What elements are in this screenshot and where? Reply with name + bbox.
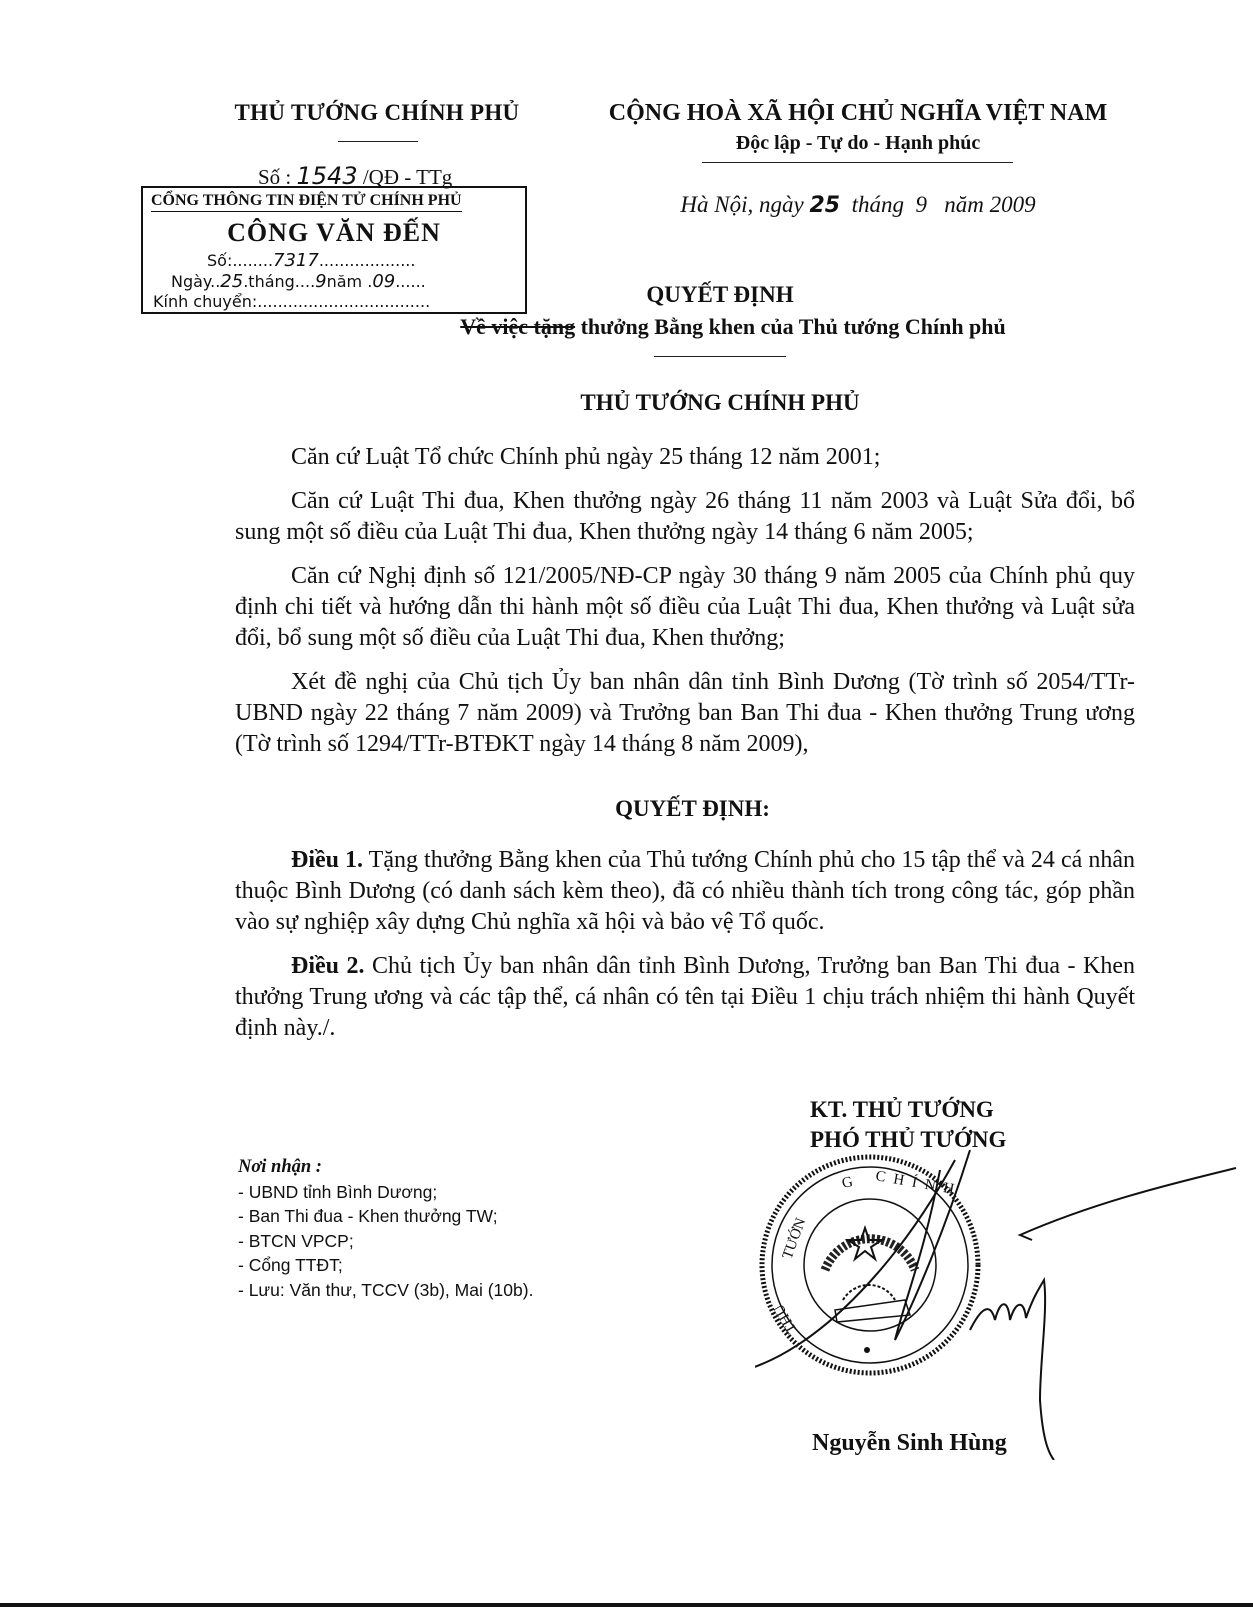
- legal-basis-paragraph: Căn cứ Luật Tổ chức Chính phủ ngày 25 th…: [235, 442, 1135, 473]
- stamp-number-line: Số:........7317...................: [207, 250, 415, 271]
- stamp-year-label: năm .: [327, 272, 373, 291]
- national-motto: Độc lập - Tự do - Hạnh phúc: [583, 132, 1133, 155]
- stamp-title: CÔNG VĂN ĐẾN: [143, 218, 525, 248]
- stamp-month-value: 9: [315, 271, 326, 292]
- decision-subject: Về việc tặng thưởng Bằng khen của Thủ tư…: [403, 314, 1063, 340]
- article-1-label: Điều 1.: [291, 847, 363, 873]
- stamp-forward-line: Kính chuyển:............................…: [153, 292, 430, 311]
- recipient-item: - Lưu: Văn thư, TCCV (3b), Mai (10b).: [238, 1278, 533, 1303]
- signer-name: Nguyễn Sinh Hùng: [812, 1430, 1007, 1457]
- legal-basis-paragraph: Căn cứ Nghị định số 121/2005/NĐ-CP ngày …: [235, 561, 1135, 654]
- recipient-item: - UBND tỉnh Bình Dương;: [238, 1180, 533, 1205]
- date-prefix: Hà Nội, ngày: [680, 192, 809, 217]
- stamp-number-label: Số:........: [207, 251, 273, 270]
- article-1: Điều 1. Tặng thưởng Bằng khen của Thủ tư…: [235, 845, 1135, 938]
- issuing-authority: THỦ TƯỚNG CHÍNH PHỦ: [440, 390, 1000, 416]
- svg-text:CHÍNH: CHÍNH: [874, 1167, 963, 1199]
- svg-text:G: G: [841, 1174, 855, 1192]
- motto-underline: [702, 162, 1013, 163]
- recipients-label: Nơi nhận :: [238, 1155, 533, 1180]
- signature-icon: [960, 1160, 1253, 1460]
- stamp-day-value: 25: [220, 271, 243, 292]
- decision-title: QUYẾT ĐỊNH: [440, 282, 1000, 308]
- country-heading: CỘNG HOÀ XÃ HỘI CHỦ NGHĨA VIỆT NAM: [583, 100, 1133, 127]
- decision-body: Căn cứ Luật Tổ chức Chính phủ ngày 25 th…: [235, 442, 1135, 1057]
- official-seal-icon: G CHÍNH TƯỚN THỦ: [755, 1150, 985, 1380]
- stamp-number-value: 7317: [273, 250, 319, 271]
- stamp-number-dots: ...................: [319, 251, 416, 270]
- stamp-organization: CỔNG THÔNG TIN ĐIỆN TỬ CHÍNH PHỦ: [151, 192, 462, 212]
- stamp-date-line: Ngày..25.tháng....9năm .09......: [171, 271, 426, 292]
- stamp-year-value: 09: [372, 271, 395, 292]
- decide-heading: QUYẾT ĐỊNH:: [235, 793, 1135, 824]
- date-suffix: tháng 9 năm 2009: [840, 192, 1036, 217]
- stamp-day-label: Ngày..: [171, 272, 220, 291]
- recipients-list: Nơi nhận : - UBND tỉnh Bình Dương; - Ban…: [238, 1155, 533, 1302]
- issuer-heading: THỦ TƯỚNG CHÍNH PHỦ: [212, 100, 542, 126]
- recipient-item: - Cổng TTĐT;: [238, 1253, 533, 1278]
- stamp-month-label: .tháng....: [243, 272, 315, 291]
- signature-title: KT. THỦ TƯỚNG PHÓ THỦ TƯỚNG: [810, 1095, 1006, 1155]
- legal-basis-paragraph: Căn cứ Luật Thi đua, Khen thưởng ngày 26…: [235, 486, 1135, 548]
- page-bottom-border: [0, 1603, 1253, 1607]
- date-day-handwritten: 25: [809, 193, 840, 218]
- article-1-text: Tặng thưởng Bằng khen của Thủ tướng Chín…: [235, 847, 1135, 935]
- stamp-year-dots: ......: [395, 272, 426, 291]
- article-2: Điều 2. Chủ tịch Ủy ban nhân dân tỉnh Bì…: [235, 951, 1135, 1044]
- issue-date: Hà Nội, ngày 25 tháng 9 năm 2009: [583, 192, 1133, 218]
- article-2-label: Điều 2.: [291, 953, 365, 979]
- recipient-item: - BTCN VPCP;: [238, 1229, 533, 1254]
- proposal-paragraph: Xét đề nghị của Chủ tịch Ủy ban nhân dân…: [235, 667, 1135, 760]
- signature-title-line-1: KT. THỦ TƯỚNG: [810, 1095, 1006, 1125]
- article-2-text: Chủ tịch Ủy ban nhân dân tỉnh Bình Dương…: [235, 953, 1135, 1041]
- issuer-underline: [338, 141, 418, 142]
- svg-text:THỦ: THỦ: [770, 1301, 800, 1336]
- recipient-item: - Ban Thi đua - Khen thưởng TW;: [238, 1204, 533, 1229]
- subject-struck-part: Về việc tặng: [460, 314, 575, 339]
- subject-rest: thưởng Bằng khen của Thủ tướng Chính phủ: [575, 314, 1006, 339]
- title-underline: [654, 356, 786, 357]
